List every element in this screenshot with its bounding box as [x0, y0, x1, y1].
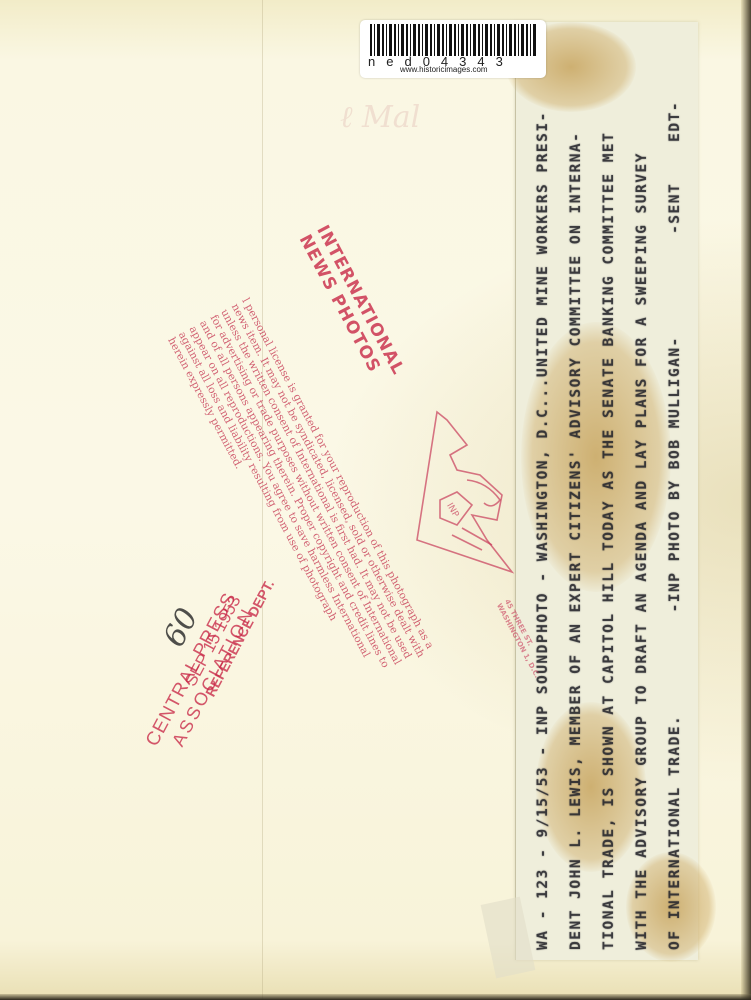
barcode-sticker: ned04343 www.historicimages.com [360, 20, 546, 78]
faint-pencil-marks: ℓ Mal [340, 100, 420, 135]
caption-line: OF INTERNATIONAL TRADE. -INP PHOTO BY BO… [659, 20, 692, 950]
caption-text: WA - 123 - 9/15/53 - INP SOUNDPHOTO - WA… [527, 20, 692, 950]
eagle-label: INP [444, 501, 460, 519]
barcode-url: www.historicimages.com [400, 65, 488, 74]
caption-line: WA - 123 - 9/15/53 - INP SOUNDPHOTO - WA… [527, 20, 560, 950]
caption-line: TIONAL TRADE, IS SHOWN AT CAPITOL HILL T… [593, 20, 626, 950]
caption-line: DENT JOHN L. LEWIS, MEMBER OF AN EXPERT … [560, 20, 593, 950]
barcode-bars [370, 24, 536, 56]
paper-edge-right [741, 0, 751, 1000]
eagle-logo-icon: INP [412, 400, 522, 580]
paper-edge-bottom [0, 994, 751, 1000]
caption-line: WITH THE ADVISORY GROUP TO DRAFT AN AGEN… [626, 20, 659, 950]
